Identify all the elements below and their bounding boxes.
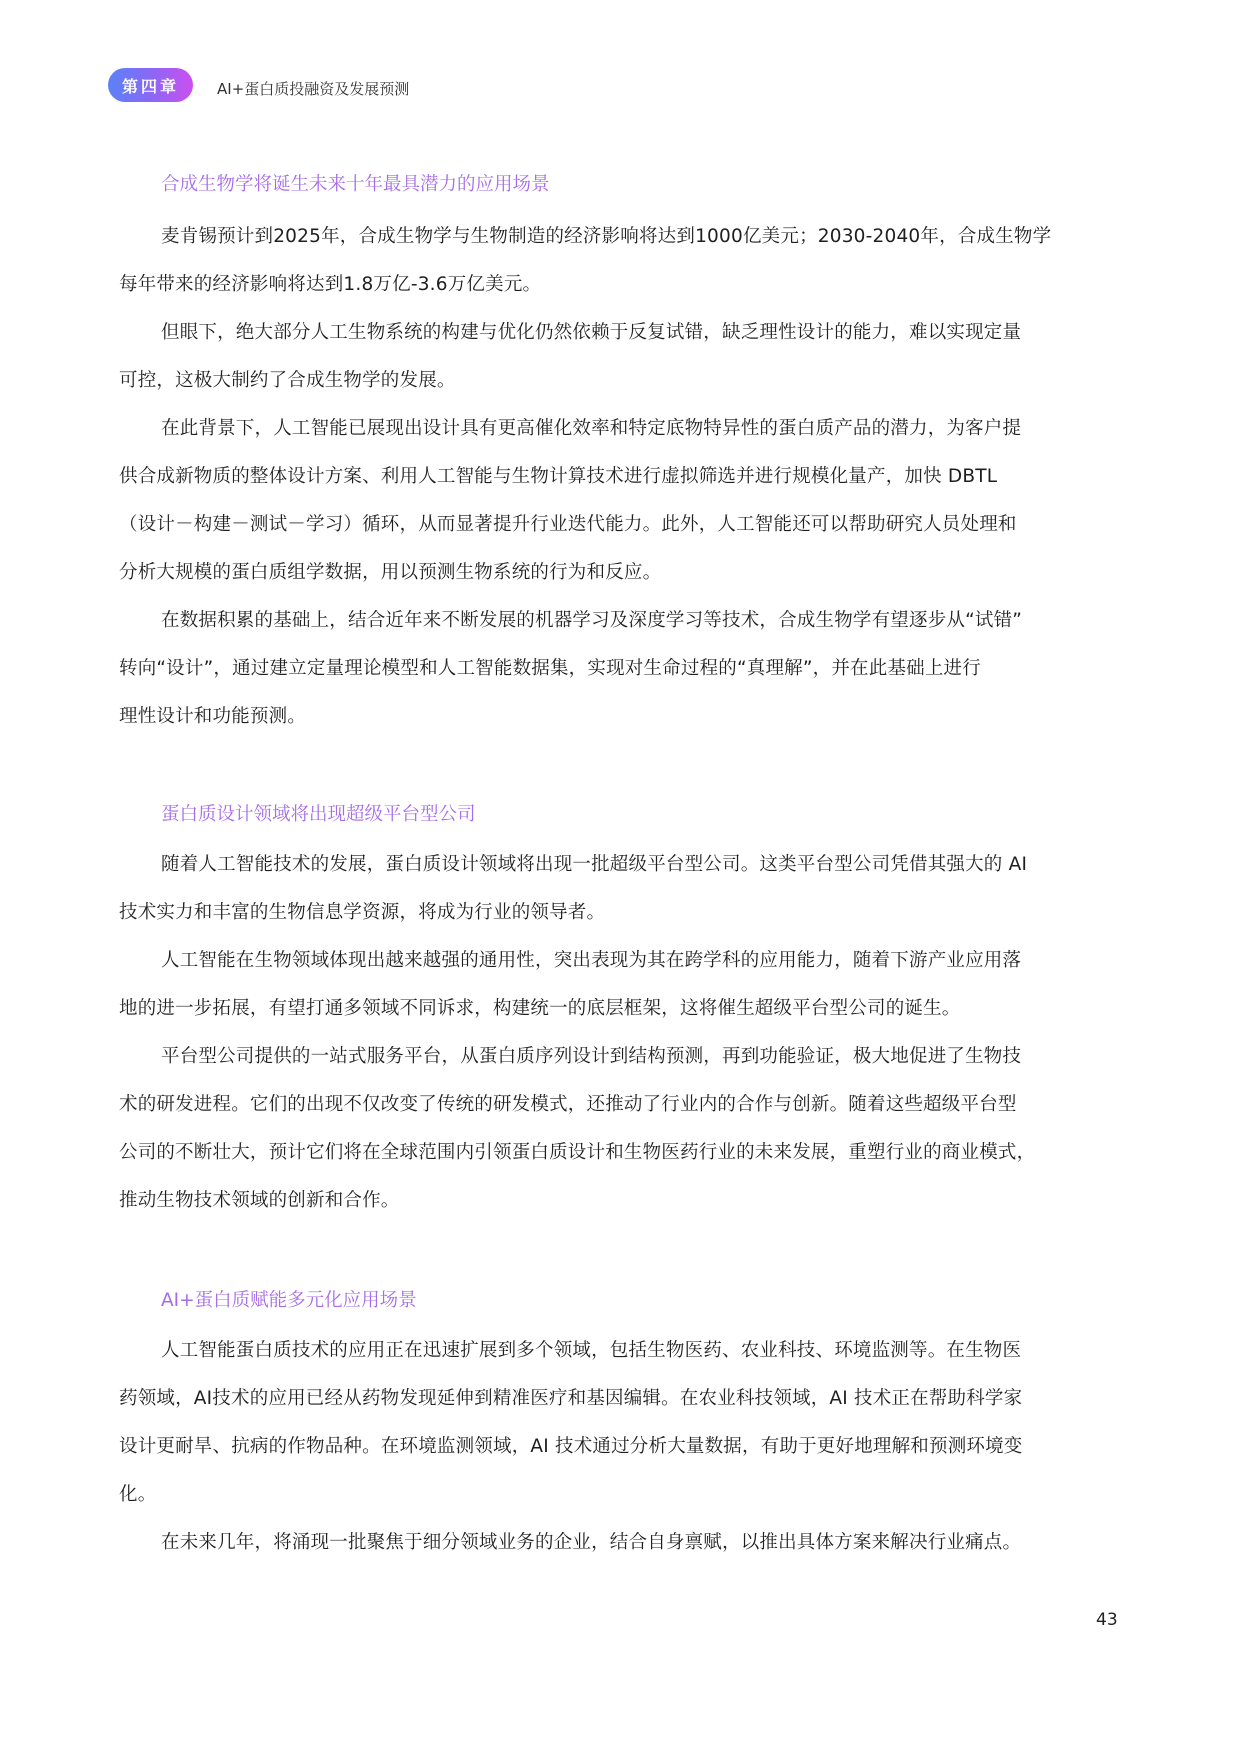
paragraph-line: 人工智能蛋白质技术的应用正在迅速扩展到多个领域，包括生物医药、农业科技、环境监测… (161, 1336, 1021, 1362)
paragraph-line: 设计更耐旱、抗病的作物品种。在环境监测领域，AI 技术通过分析大量数据，有助于更… (119, 1432, 1023, 1458)
paragraph-line: 在数据积累的基础上，结合近年来不断发展的机器学习及深度学习等技术，合成生物学有望… (161, 606, 1022, 632)
chapter-badge: 第四章 (108, 68, 193, 102)
paragraph-line: 可控，这极大制约了合成生物学的发展。 (119, 366, 456, 392)
page-header: 第四章 AI+蛋白质投融资及发展预测 (108, 68, 409, 102)
chapter-title: AI+蛋白质投融资及发展预测 (217, 72, 409, 99)
section-heading: 合成生物学将诞生未来十年最具潜力的应用场景 (161, 170, 550, 196)
paragraph-line: 术的研发进程。它们的出现不仅改变了传统的研发模式，还推动了行业内的合作与创新。随… (119, 1090, 1017, 1116)
paragraph-line: 随着人工智能技术的发展，蛋白质设计领域将出现一批超级平台型公司。这类平台型公司凭… (161, 850, 1027, 876)
paragraph-line: 麦肯锡预计到2025年，合成生物学与生物制造的经济影响将达到1000亿美元；20… (161, 222, 1051, 248)
paragraph-line: （设计－构建－测试－学习）循环，从而显著提升行业迭代能力。此外，人工智能还可以帮… (119, 510, 1017, 536)
page-number: 43 (1096, 1610, 1118, 1630)
paragraph-line: 技术实力和丰富的生物信息学资源，将成为行业的领导者。 (119, 898, 605, 924)
paragraph-line: 在未来几年，将涌现一批聚焦于细分领域业务的企业，结合自身禀赋，以推出具体方案来解… (161, 1528, 1021, 1554)
paragraph-line: 化。 (119, 1480, 156, 1506)
paragraph-line: 供合成新物质的整体设计方案、利用人工智能与生物计算技术进行虚拟筛选并进行规模化量… (119, 462, 997, 488)
section-heading: 蛋白质设计领域将出现超级平台型公司 (161, 800, 476, 826)
paragraph-line: 每年带来的经济影响将达到1.8万亿-3.6万亿美元。 (119, 270, 541, 296)
paragraph-line: 转向“设计”，通过建立定量理论模型和人工智能数据集，实现对生命过程的“真理解”，… (119, 654, 981, 680)
paragraph-line: 人工智能在生物领域体现出越来越强的通用性，突出表现为其在跨学科的应用能力，随着下… (161, 946, 1021, 972)
paragraph-line: 平台型公司提供的一站式服务平台，从蛋白质序列设计到结构预测，再到功能验证，极大地… (161, 1042, 1021, 1068)
paragraph-line: 在此背景下，人工智能已展现出设计具有更高催化效率和特定底物特异性的蛋白质产品的潜… (161, 414, 1021, 440)
paragraph-line: 但眼下，绝大部分人工生物系统的构建与优化仍然依赖于反复试错，缺乏理性设计的能力，… (161, 318, 1021, 344)
section-heading: AI+蛋白质赋能多元化应用场景 (161, 1286, 417, 1312)
paragraph-line: 推动生物技术领域的创新和合作。 (119, 1186, 400, 1212)
paragraph-line: 药领域，AI技术的应用已经从药物发现延伸到精准医疗和基因编辑。在农业科技领域，A… (119, 1384, 1022, 1410)
paragraph-line: 理性设计和功能预测。 (119, 702, 306, 728)
paragraph-line: 地的进一步拓展，有望打通多领域不同诉求，构建统一的底层框架，这将催生超级平台型公… (119, 994, 961, 1020)
paragraph-line: 分析大规模的蛋白质组学数据，用以预测生物系统的行为和反应。 (119, 558, 661, 584)
paragraph-line: 公司的不断壮大，预计它们将在全球范围内引领蛋白质设计和生物医药行业的未来发展，重… (119, 1138, 1035, 1164)
